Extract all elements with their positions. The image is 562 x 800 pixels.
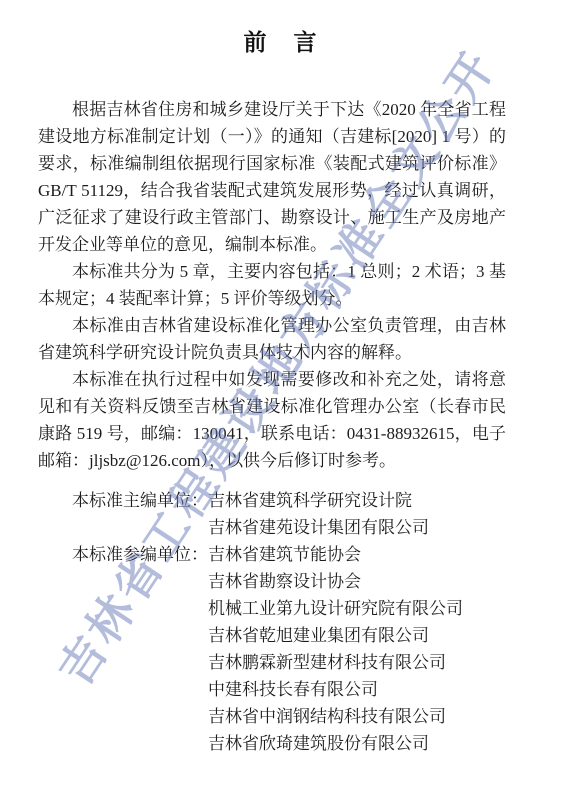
org-group-label (38, 703, 208, 730)
org-group-label: 本标准主编单位： (38, 487, 208, 514)
org-group-label: 本标准参编单位： (38, 541, 208, 568)
editor-organizations: 本标准主编单位： 吉林省建筑科学研究设计院 吉林省建苑设计集团有限公司 本标准参… (38, 487, 506, 757)
org-name: 机械工业第九设计研究院有限公司 (208, 595, 506, 622)
org-name: 吉林省欣琦建筑股份有限公司 (208, 730, 506, 757)
org-name: 吉林省乾旭建业集团有限公司 (208, 622, 506, 649)
org-name: 吉林省勘察设计协会 (208, 568, 506, 595)
org-name: 吉林省建筑节能协会 (208, 541, 506, 568)
org-group-label (38, 730, 208, 757)
org-group-label (38, 622, 208, 649)
paragraph-basis: 根据吉林省住房和城乡建设厅关于下达《2020 年全省工程建设地方标准制定计划（一… (38, 96, 506, 258)
org-group-label (38, 568, 208, 595)
org-name: 吉林鹏霖新型建材科技有限公司 (208, 649, 506, 676)
org-name: 中建科技长春有限公司 (208, 676, 506, 703)
org-name: 吉林省中润钢结构科技有限公司 (208, 703, 506, 730)
org-row: 吉林省乾旭建业集团有限公司 (38, 622, 506, 649)
org-name: 吉林省建苑设计集团有限公司 (208, 514, 506, 541)
document-body: 根据吉林省住房和城乡建设厅关于下达《2020 年全省工程建设地方标准制定计划（一… (38, 96, 506, 757)
org-row: 本标准参编单位： 吉林省建筑节能协会 (38, 541, 506, 568)
org-row: 吉林省勘察设计协会 (38, 568, 506, 595)
paragraph-contents: 本标准共分为 5 章，主要内容包括：1 总则；2 术语；3 基本规定；4 装配率… (38, 258, 506, 312)
org-name: 吉林省建筑科学研究设计院 (208, 487, 506, 514)
org-row: 机械工业第九设计研究院有限公司 (38, 595, 506, 622)
org-group-label (38, 649, 208, 676)
page-title: 前 言 (0, 24, 562, 57)
org-row: 吉林省建苑设计集团有限公司 (38, 514, 506, 541)
org-row: 吉林省欣琦建筑股份有限公司 (38, 730, 506, 757)
org-row: 吉林省中润钢结构科技有限公司 (38, 703, 506, 730)
org-group-label (38, 676, 208, 703)
org-row: 本标准主编单位： 吉林省建筑科学研究设计院 (38, 487, 506, 514)
paragraph-feedback: 本标准在执行过程中如发现需要修改和补充之处，请将意见和有关资料反馈至吉林省建设标… (38, 366, 506, 474)
org-row: 吉林鹏霖新型建材科技有限公司 (38, 649, 506, 676)
org-row: 中建科技长春有限公司 (38, 676, 506, 703)
org-group-label (38, 595, 208, 622)
document-page: 前 言 根据吉林省住房和城乡建设厅关于下达《2020 年全省工程建设地方标准制定… (0, 0, 562, 800)
org-group-label (38, 514, 208, 541)
paragraph-management: 本标准由吉林省建设标准化管理办公室负责管理，由吉林省建筑科学研究设计院负责具体技… (38, 312, 506, 366)
